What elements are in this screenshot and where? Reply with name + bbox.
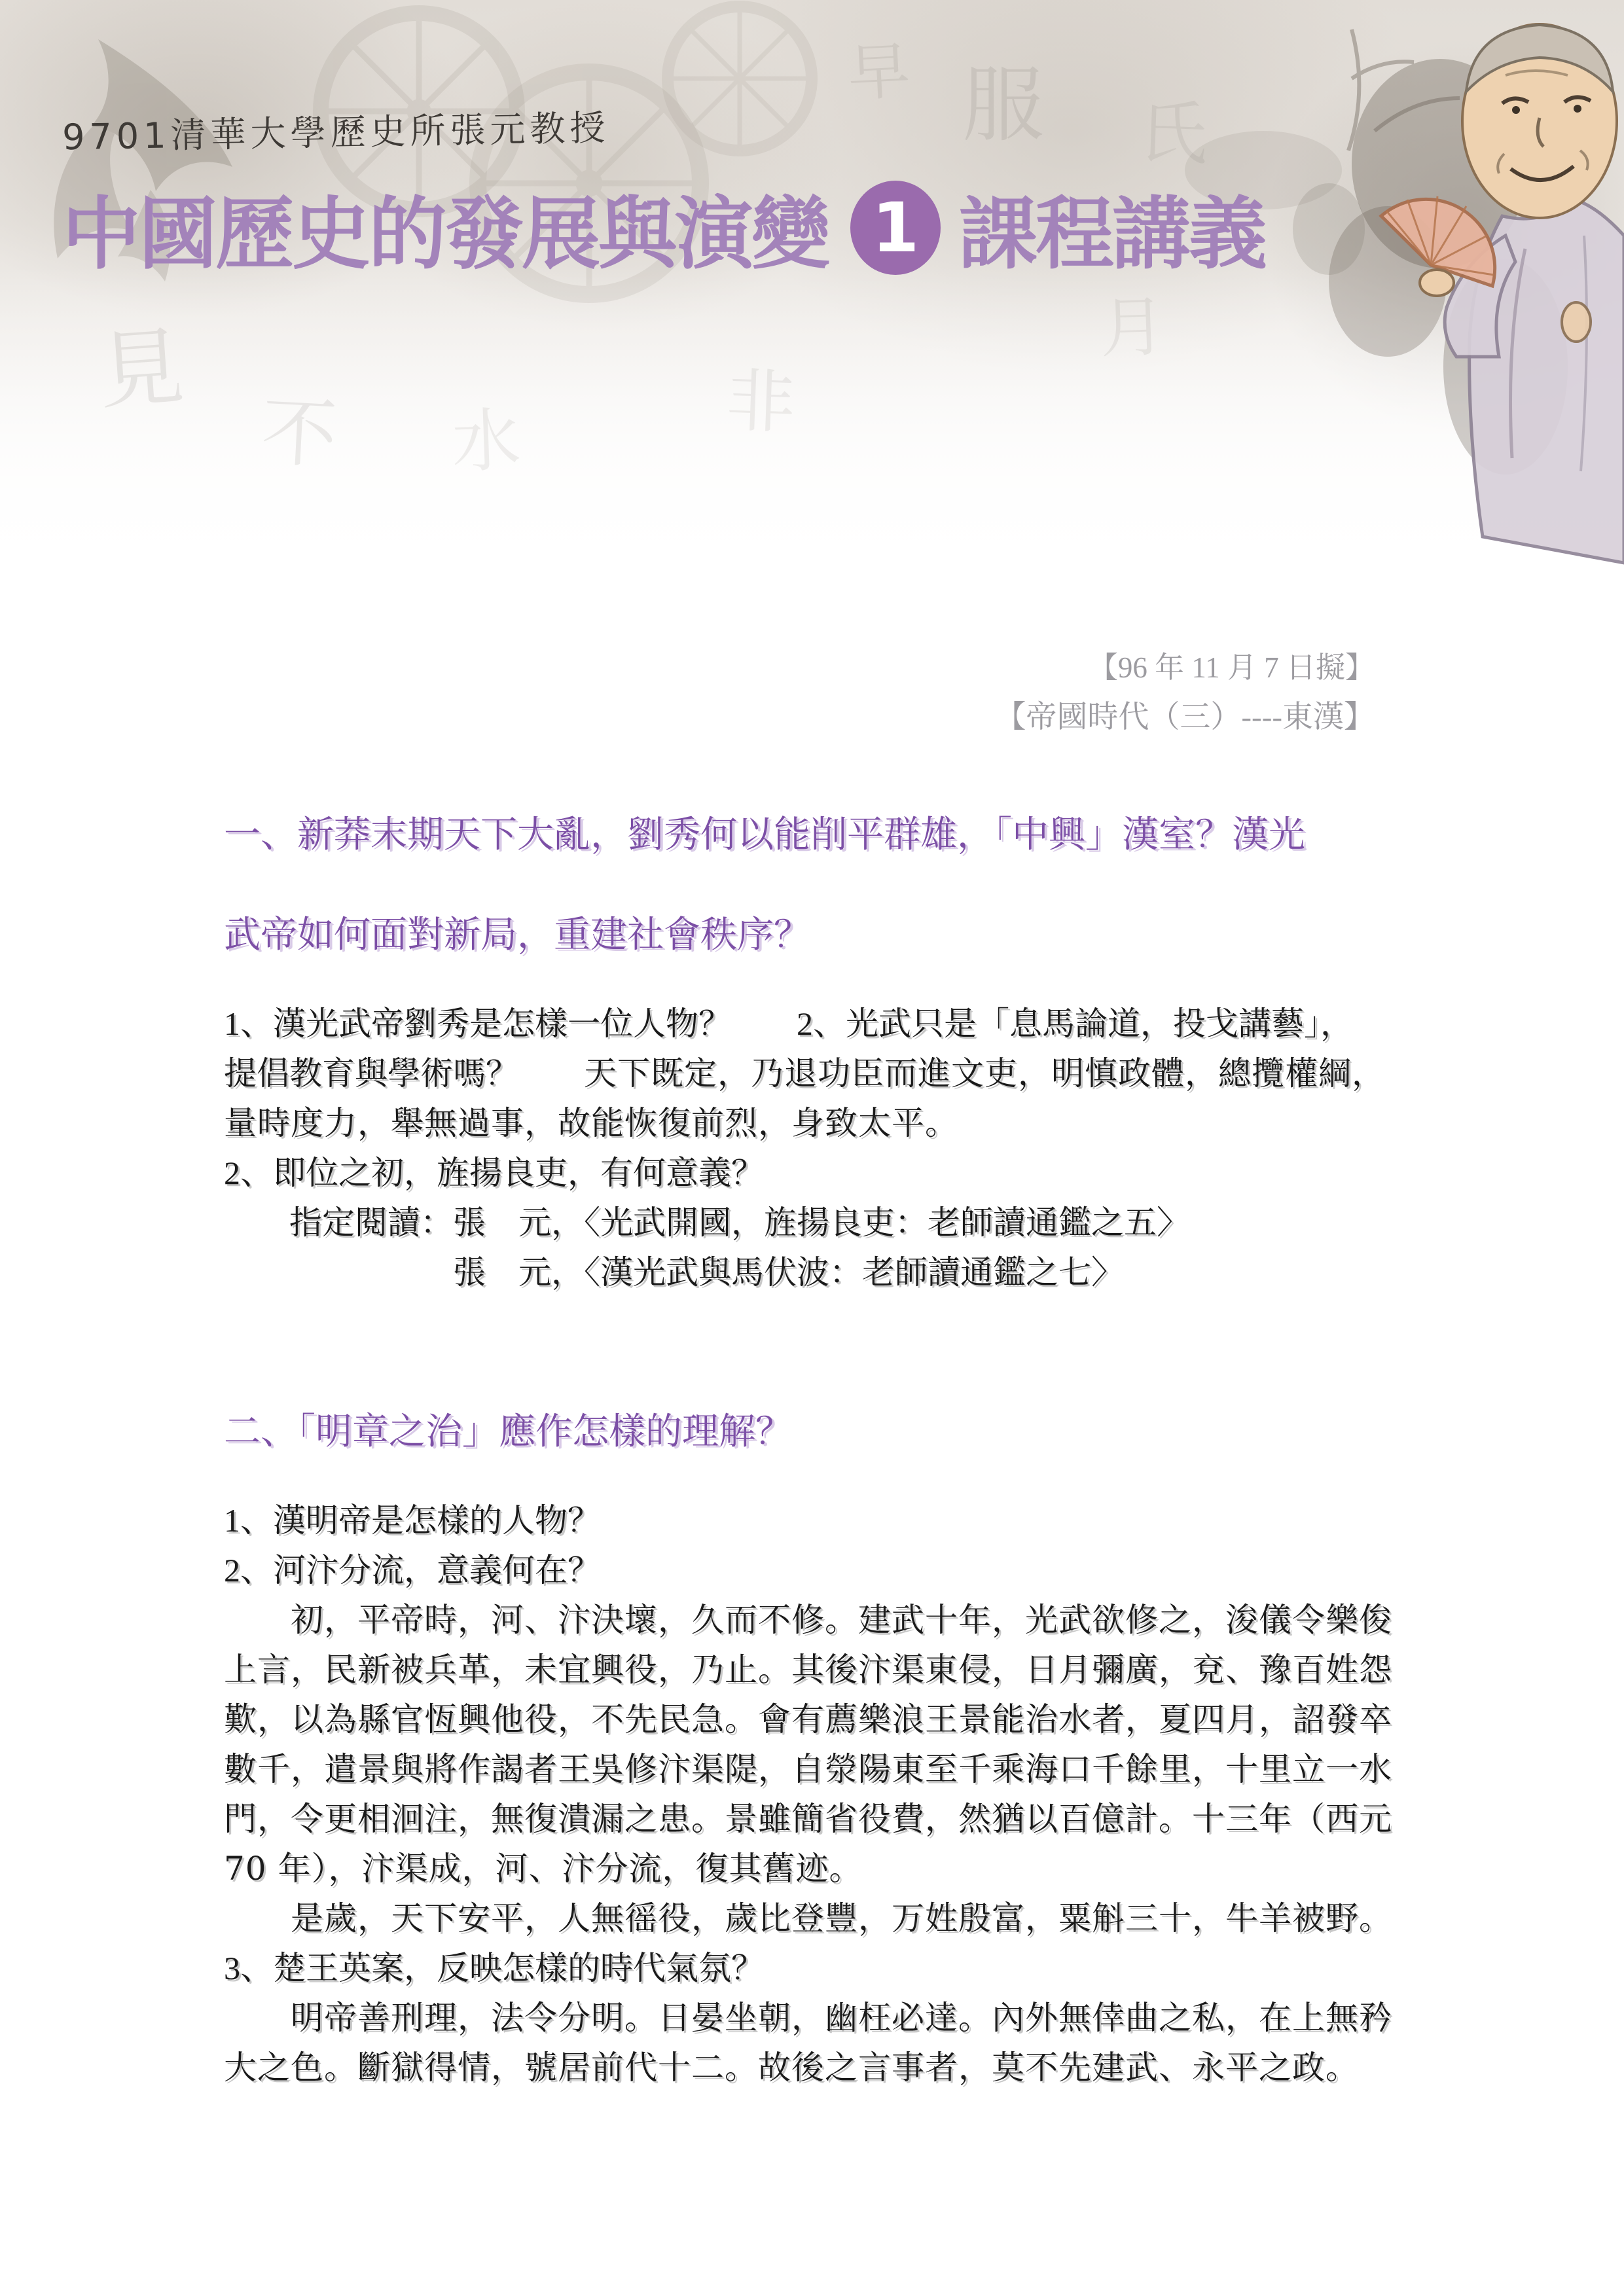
text-run-ming: 2、河汴分流，意義何在？ [224,1552,600,1588]
text-run-kai: 70 年），汴渠成，河、汴分流，復其舊迹。 [224,1850,863,1888]
meta-block: 【96 年 11 月 7 日擬】 【帝國時代（三）----東漢】 [995,643,1375,742]
text-run-ming: 1、漢明帝是怎樣的人物？ [224,1502,600,1539]
text-line: 是歲，天下安平，人無徭役，歲比登豐，万姓殷富，粟斛三十，牛羊被野。 [224,1893,1386,1943]
text-line: 張 元，〈漢光武與馬伏波：老師讀通鑑之七〉 [224,1247,1386,1297]
text-line: 初，平帝時，河、汴決壞，久而不修。建武十年，光武欲修之，浚儀令樂俊 [224,1595,1386,1645]
heading-line: 二、「明章之治」應作怎樣的理解？ [224,1382,1386,1482]
text-line: 門，令更相洄注，無復潰漏之患。景雖簡省役費，然猶以百億計。十三年（西元 [224,1794,1386,1844]
text-line: 70 年），汴渠成，河、汴分流，復其舊迹。 [224,1844,1386,1893]
text-run-kai: 天下既定，乃退功臣而進文吏，明慎政體，總攬權綱， [584,1054,1385,1092]
text-run-ming: 提倡教育與學術嗎？ [224,1055,584,1092]
hand [1420,270,1454,296]
section-heading: 一、新莽末期天下大亂，劉秀何以能削平群雄，「中興」漢室？漢光武帝如何面對新局，重… [224,785,1386,986]
text-run-ming: 指定閱讀：張 元，〈光武開國，旌揚良吏：老師讀通鑑之五〉 [224,1204,1189,1241]
course-code-line: 9701清華大學歷史所張元教授 [62,100,610,160]
section-2: 二、「明章之治」應作怎樣的理解？1、漢明帝是怎樣的人物？2、河汴分流，意義何在？… [224,1382,1386,2092]
text-run-kai: 門，令更相洄注，無復潰漏之患。景雖簡省役費，然猶以百億計。十三年（西元 [224,1800,1392,1838]
text-line: 1、漢明帝是怎樣的人物？ [224,1496,1386,1545]
section-body: 1、漢明帝是怎樣的人物？2、河汴分流，意義何在？ 初，平帝時，河、汴決壞，久而不… [224,1496,1386,2092]
text-run-ming: 張 元，〈漢光武與馬伏波：老師讀通鑑之七〉 [224,1254,1124,1291]
header-illustration [0,0,1624,589]
text-line: 歎，以為縣官恆興他役，不先民急。會有薦樂浪王景能治水者，夏四月，詔發卒 [224,1695,1386,1744]
text-run-kai: 歎，以為縣官恆興他役，不先民急。會有薦樂浪王景能治水者，夏四月，詔發卒 [224,1700,1392,1738]
document-body: 一、新莽末期天下大亂，劉秀何以能削平群雄，「中興」漢室？漢光武帝如何面對新局，重… [224,785,1386,2092]
text-line: 明帝善刑理，法令分明。日晏坐朝，幽枉必達。內外無倖曲之私，在上無矜 [224,1993,1386,2043]
text-line: 1、漢光武帝劉秀是怎樣一位人物？ 2、光武只是「息馬論道，投戈講藝」， [224,999,1386,1049]
title-number-badge: 1 [850,181,941,275]
topic-line: 【帝國時代（三）----東漢】 [995,692,1375,742]
draft-date-line: 【96 年 11 月 7 日擬】 [995,643,1375,692]
text-run-ming: 2、即位之初，旌揚良吏，有何意義？ [224,1155,764,1191]
section-body: 1、漢光武帝劉秀是怎樣一位人物？ 2、光武只是「息馬論道，投戈講藝」，提倡教育與… [224,999,1386,1297]
text-run-kai: 數千，遣景與將作謁者王吳修汴渠隄，自滎陽東至千乘海口千餘里，十里立一水 [224,1750,1392,1788]
title-main: 中國歷史的發展與演變 [62,171,828,284]
heading-line: 一、新莽末期天下大亂，劉秀何以能削平群雄，「中興」漢室？漢光 [224,785,1386,886]
text-line: 數千，遣景與將作謁者王吳修汴渠隄，自滎陽東至千乘海口千餘里，十里立一水 [224,1744,1386,1794]
text-line: 2、即位之初，旌揚良吏，有何意義？ [224,1148,1386,1198]
hand [1562,302,1591,342]
wheel-motif [668,7,812,151]
text-line: 上言，民新被兵革，未宜興役，乃止。其後汴渠東侵，日月彌廣，兗、豫百姓怨 [224,1645,1386,1695]
text-line: 量時度力，舉無過事，故能恢復前烈，身致太平。 [224,1098,1386,1148]
text-run-ming: 1、漢光武帝劉秀是怎樣一位人物？ 2、光武只是「息馬論道，投戈講藝」， [224,1005,1353,1042]
heading-line: 武帝如何面對新局，重建社會秩序？ [224,886,1386,986]
title-suffix: 課程講義 [959,171,1265,284]
text-line: 大之色。斷獄得情，號居前代十二。故後之言事者，莫不先建武、永平之政。 [224,2043,1386,2092]
text-run-kai: 初，平帝時，河、汴決壞，久而不修。建武十年，光武欲修之，浚儀令樂俊 [224,1601,1392,1639]
section-1: 一、新莽末期天下大亂，劉秀何以能削平群雄，「中興」漢室？漢光武帝如何面對新局，重… [224,785,1386,1297]
page-title: 中國歷史的發展與演變 1 課程講義 [62,171,1265,284]
text-run-ming: 3、楚王英案，反映怎樣的時代氣氛？ [224,1950,764,1986]
text-run-kai: 量時度力，舉無過事，故能恢復前烈，身致太平。 [224,1104,958,1142]
text-line: 提倡教育與學術嗎？ 天下既定，乃退功臣而進文吏，明慎政體，總攬權綱， [224,1049,1386,1098]
text-run-kai: 是歲，天下安平，人無徭役，歲比登豐，万姓殷富，粟斛三十，牛羊被野。 [224,1899,1392,1937]
text-line: 指定閱讀：張 元，〈光武開國，旌揚良吏：老師讀通鑑之五〉 [224,1198,1386,1247]
professor-head [1462,24,1617,218]
section-heading: 二、「明章之治」應作怎樣的理解？ [224,1382,1386,1482]
handout-page: 見不水非服早氏月 [0,0,1624,2296]
text-line: 2、河汴分流，意義何在？ [224,1545,1386,1595]
text-run-kai: 明帝善刑理，法令分明。日晏坐朝，幽枉必達。內外無倖曲之私，在上無矜 [224,1999,1392,2037]
text-run-kai: 上言，民新被兵革，未宜興役，乃止。其後汴渠東侵，日月彌廣，兗、豫百姓怨 [224,1651,1392,1689]
header-artwork: 見不水非服早氏月 [0,0,1624,589]
text-line: 3、楚王英案，反映怎樣的時代氣氛？ [224,1943,1386,1993]
text-run-kai: 大之色。斷獄得情，號居前代十二。故後之言事者，莫不先建武、永平之政。 [224,2049,1359,2087]
